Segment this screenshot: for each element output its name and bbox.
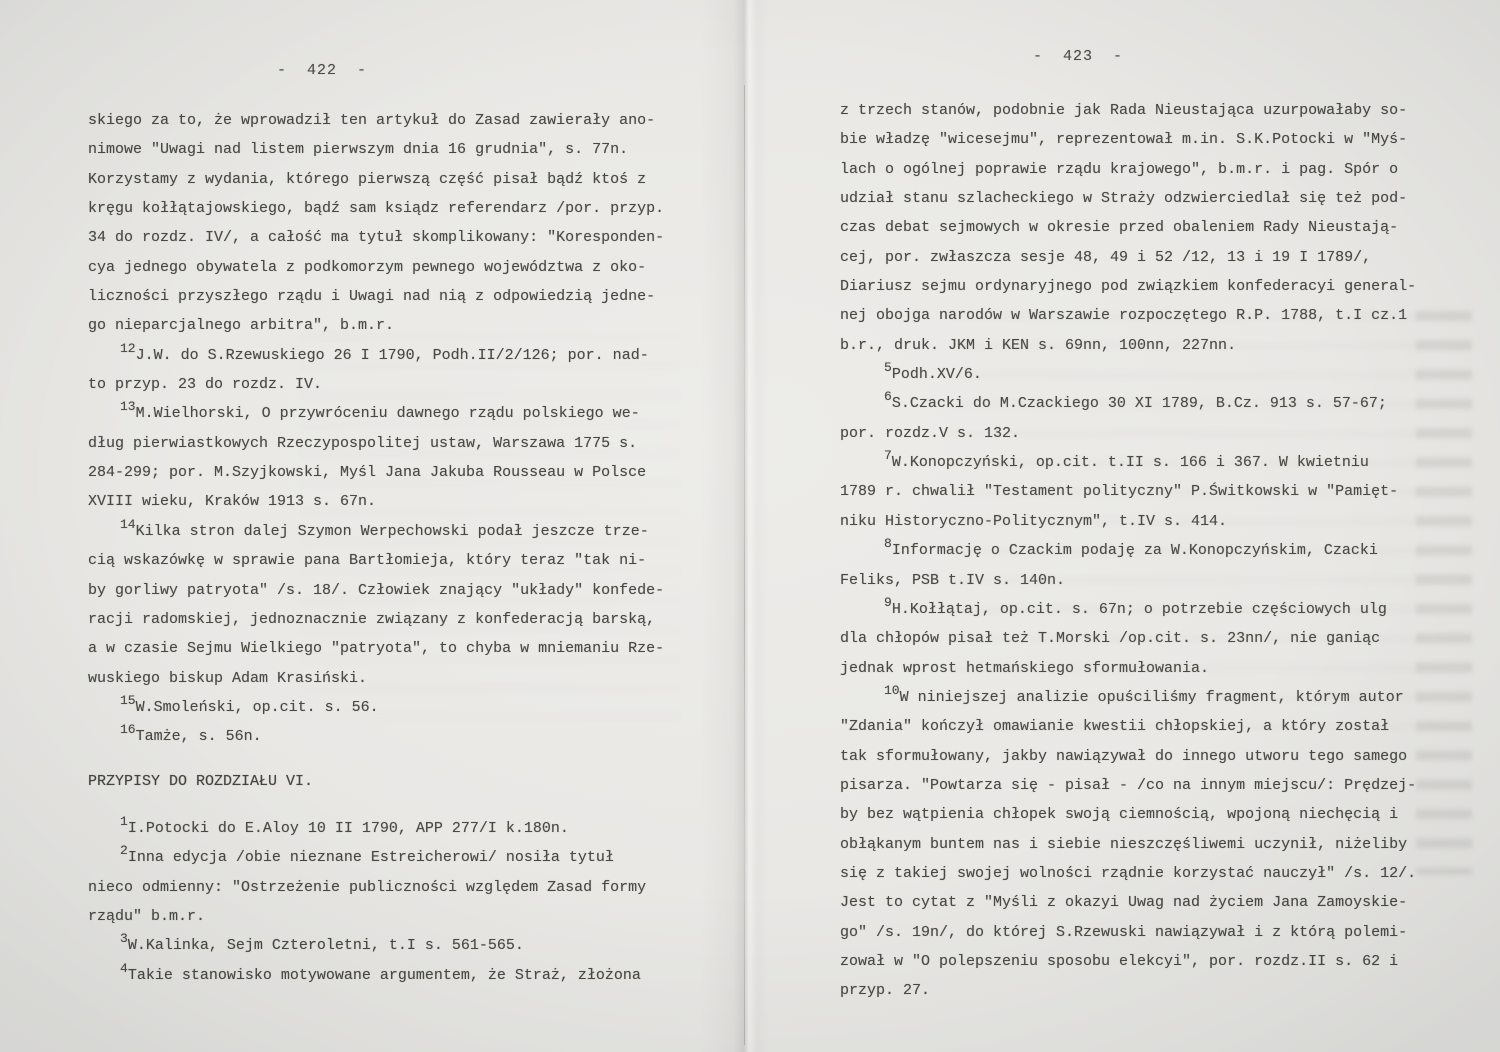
text-line: udział stanu szlacheckiego w Straży odzw…	[840, 184, 1435, 213]
text-line: dla chłopów pisał też T.Morski /op.cit. …	[840, 624, 1435, 653]
footnote-line: 16Tamże, s. 56n.	[88, 722, 678, 751]
text-line: a w czasie Sejmu Wielkiego "patryota", t…	[88, 634, 678, 663]
text-line: to przyp. 23 do rozdz. IV.	[88, 370, 678, 399]
footnote-line: 10W niniejszej analizie opuściliśmy frag…	[840, 683, 1435, 712]
footnote-line: 9H.Kołłątaj, op.cit. s. 67n; o potrzebie…	[840, 595, 1435, 624]
footnote-line: 13M.Wielhorski, O przywróceniu dawnego r…	[88, 399, 678, 428]
footnote-line: 2Inna edycja /obie nieznane Estreicherow…	[88, 843, 678, 872]
text-line: zował w "O polepszeniu sposobu elekcyi",…	[840, 947, 1435, 976]
right-page-body-and-footnotes: z trzech stanów, podobnie jak Rada Nieus…	[840, 96, 1435, 1006]
page-gutter-crease	[744, 85, 745, 1045]
text-line: nej obojga narodów w Warszawie rozpoczęt…	[840, 301, 1435, 330]
text-line: racji radomskiej, jednoznacznie związany…	[88, 605, 678, 634]
text-line: Korzystamy z wydania, którego pierwszą c…	[88, 165, 678, 194]
footnote-line: 1I.Potocki do E.Aloy 10 II 1790, APP 277…	[88, 814, 678, 843]
footnote-number: 10	[884, 676, 900, 705]
right-page-number: - 423 -	[1033, 48, 1123, 65]
text-line: niku Historyczno-Politycznym", t.IV s. 4…	[840, 507, 1435, 536]
page-gutter-shadow	[700, 0, 770, 1052]
text-line: cej, por. zwłaszcza sesje 48, 49 i 52 /1…	[840, 243, 1435, 272]
text-line: pisarza. "Powtarza się - pisał - /co na …	[840, 771, 1435, 800]
text-line: wuskiego biskup Adam Krasiński.	[88, 664, 678, 693]
text-line: b.r., druk. JKM i KEN s. 69nn, 100nn, 22…	[840, 331, 1435, 360]
text-line: "Zdania" kończył omawianie kwestii chłop…	[840, 712, 1435, 741]
footnote-number: 13	[120, 392, 136, 421]
text-line: przyp. 27.	[840, 976, 1435, 1005]
text-line: XVIII wieku, Kraków 1913 s. 67n.	[88, 487, 678, 516]
text-line: rządu" b.m.r.	[88, 902, 678, 931]
text-line: Diariusz sejmu ordynaryjnego pod związki…	[840, 272, 1435, 301]
text-line: Feliks, PSB t.IV s. 140n.	[840, 566, 1435, 595]
footnote-line: 15W.Smoleński, op.cit. s. 56.	[88, 693, 678, 722]
text-line: czas debat sejmowych w okresie przed oba…	[840, 213, 1435, 242]
text-line: liczności przyszłego rządu i Uwagi nad n…	[88, 282, 678, 311]
text-line: 1789 r. chwalił "Testament polityczny" P…	[840, 477, 1435, 506]
left-page-chapter-footnotes: 1I.Potocki do E.Aloy 10 II 1790, APP 277…	[88, 814, 678, 990]
text-line: 34 do rozdz. IV/, a całość ma tytuł skom…	[88, 223, 678, 252]
scanned-book-spread: - 422 - - 423 - skiego za to, że wprowad…	[0, 0, 1500, 1052]
footnote-number: 7	[884, 441, 892, 470]
footnote-line: 3W.Kalinka, Sejm Czteroletni, t.I s. 561…	[88, 931, 678, 960]
text-line: by gorliwy patryota" /s. 18/. Człowiek z…	[88, 576, 678, 605]
footnote-number: 14	[120, 510, 136, 539]
text-line: cya jednego obywatela z podkomorzym pewn…	[88, 253, 678, 282]
footnote-line: 4Takie stanowisko motywowane argumentem,…	[88, 961, 678, 990]
footnote-number: 9	[884, 588, 892, 617]
footnote-line: 5Podh.XV/6.	[840, 360, 1435, 389]
footnote-line: 7W.Konopczyński, op.cit. t.II s. 166 i 3…	[840, 448, 1435, 477]
footnote-number: 2	[120, 836, 128, 865]
footnote-line: 6S.Czacki do M.Czackiego 30 XI 1789, B.C…	[840, 389, 1435, 418]
text-line: lach o ogólnej poprawie rządu krajowego"…	[840, 155, 1435, 184]
text-line: skiego za to, że wprowadził ten artykuł …	[88, 106, 678, 135]
text-line: kręgu kołłątajowskiego, bądź sam ksiądz …	[88, 194, 678, 223]
text-line: nimowe "Uwagi nad listem pierwszym dnia …	[88, 135, 678, 164]
footnote-number: 8	[884, 529, 892, 558]
footnote-line: 8Informację o Czackim podaję za W.Konopc…	[840, 536, 1435, 565]
left-page-number: - 422 -	[277, 62, 367, 79]
text-line: go" /s. 19n/, do której S.Rzewuski nawią…	[840, 918, 1435, 947]
text-line: dług pierwiastkowych Rzeczypospolitej us…	[88, 429, 678, 458]
footnote-line: 14Kilka stron dalej Szymon Werpechowski …	[88, 517, 678, 546]
text-line: tak sformułowany, jakby nawiązywał do in…	[840, 742, 1435, 771]
text-line: się z takiej swojej wolności rządnie kor…	[840, 859, 1435, 888]
text-line: 284-299; por. M.Szyjkowski, Myśl Jana Ja…	[88, 458, 678, 487]
footnote-number: 3	[120, 924, 128, 953]
text-line: z trzech stanów, podobnie jak Rada Nieus…	[840, 96, 1435, 125]
text-line: cią wskazówkę w sprawie pana Bartłomieja…	[88, 546, 678, 575]
text-line: obłąkanym buntem nas i siebie nieszczęśl…	[840, 830, 1435, 859]
footnote-number: 12	[120, 334, 136, 363]
footnote-number: 6	[884, 382, 892, 411]
footnote-number: 16	[120, 715, 136, 744]
footnote-number: 4	[120, 954, 128, 983]
footnotes-section-heading: PRZYPISY DO ROZDZIAŁU VI.	[88, 773, 313, 790]
text-line: by bez wątpienia chłopek swoją ciemności…	[840, 800, 1435, 829]
text-line: por. rozdz.V s. 132.	[840, 419, 1435, 448]
text-line: bie władzę "wicesejmu", reprezentował m.…	[840, 125, 1435, 154]
text-line: nieco odmienny: "Ostrzeżenie publicznośc…	[88, 873, 678, 902]
left-page-body-and-footnotes: skiego za to, że wprowadził ten artykuł …	[88, 106, 678, 752]
footnote-number: 1	[120, 807, 128, 836]
footnote-number: 5	[884, 353, 892, 382]
footnote-line: 12J.W. do S.Rzewuskiego 26 I 1790, Podh.…	[88, 341, 678, 370]
text-line: go nieparcjalnego arbitra", b.m.r.	[88, 311, 678, 340]
text-line: Jest to cytat z "Myśli z okazyi Uwag nad…	[840, 888, 1435, 917]
text-line: jednak wprost hetmańskiego sformułowania…	[840, 654, 1435, 683]
footnote-number: 15	[120, 686, 136, 715]
